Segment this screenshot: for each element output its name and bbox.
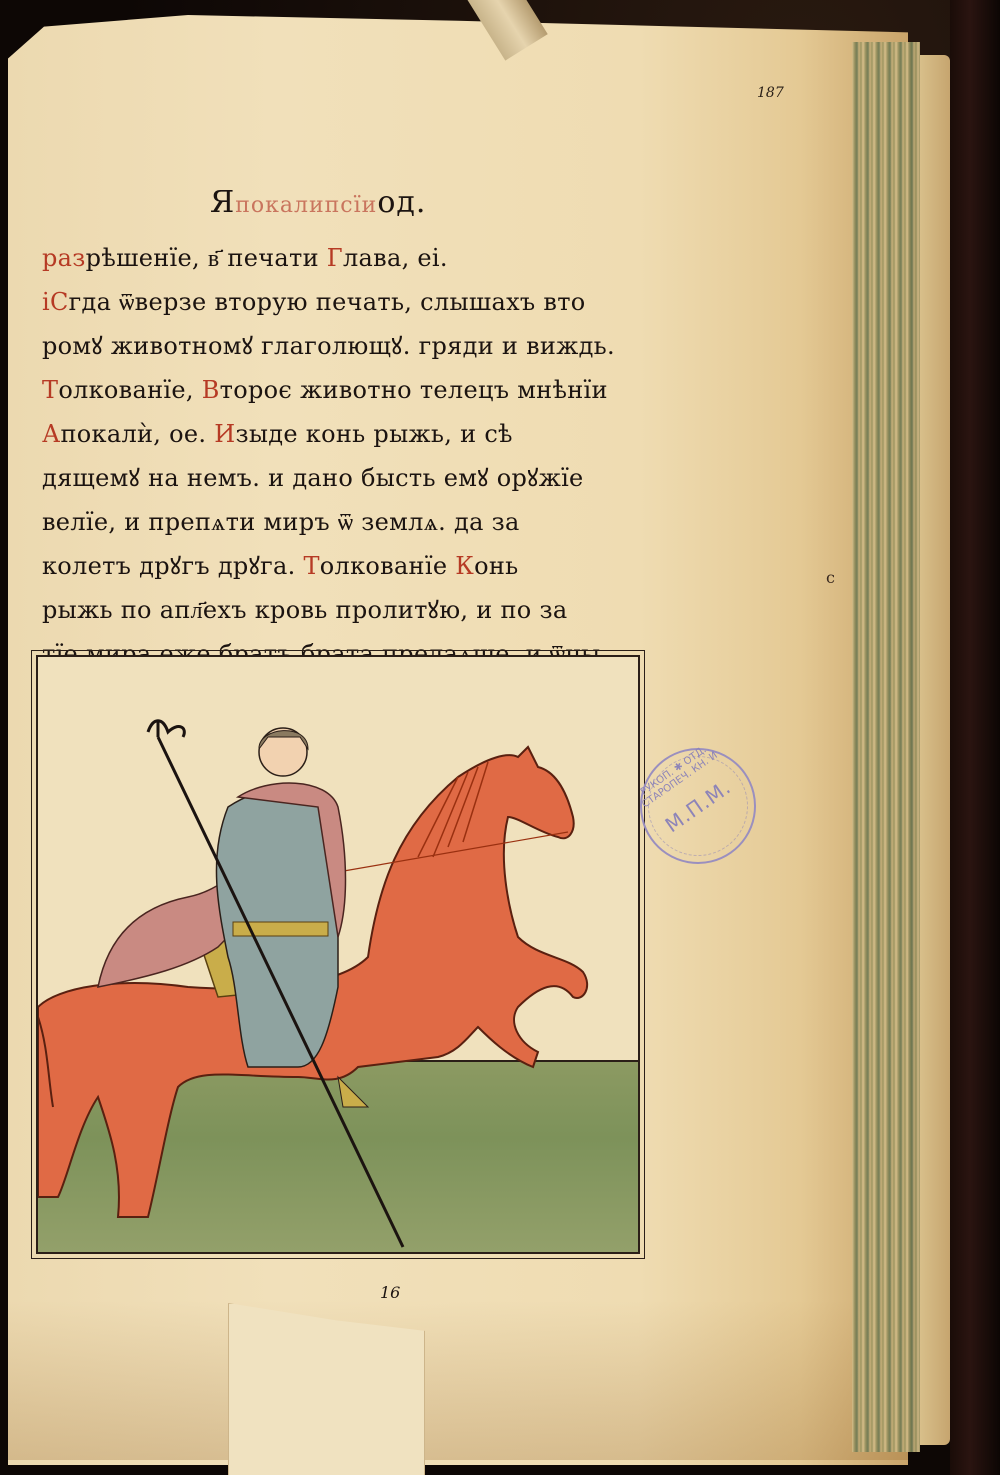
page-edge — [920, 55, 950, 1445]
book-binding — [950, 0, 1000, 1475]
heading-initial: Я — [210, 185, 235, 220]
text-line: разрѣшенїе, в҃ печати Глава, еі. — [42, 236, 602, 280]
rubric-letter: В — [202, 376, 220, 404]
text-line: велїе, и препѧти миръ ѿ землѧ. да за — [42, 500, 602, 544]
rubric-letter: И — [214, 420, 235, 448]
paper-repair-patch — [228, 1303, 425, 1475]
text-segment: олкованїе, — [58, 376, 201, 404]
text-line: ромꙋ животномꙋ глаголющꙋ. гряди и виждь. — [42, 324, 602, 368]
text-segment: олкованїе — [320, 552, 455, 580]
text-line: Апокалѝ, ое. Изыде конь рыжь, и сѣ — [42, 412, 602, 456]
rubric-letter: і — [42, 288, 50, 316]
margin-mark: c — [826, 568, 835, 587]
rubric-letter: Т — [303, 552, 319, 580]
text-segment: онь — [474, 552, 518, 580]
text-segment: ромꙋ животномꙋ глаголющꙋ. гряди и виждь. — [42, 332, 615, 360]
chapter-heading: Япокалипсїиод. — [210, 185, 426, 220]
rubric-letter: Г — [327, 244, 343, 272]
page-stack-edges — [852, 42, 920, 1452]
text-segment: велїе, и препѧти миръ ѿ землѧ. да за — [42, 508, 520, 536]
text-segment: дящемꙋ на немъ. и дано бысть емꙋ орꙋжїе — [42, 464, 584, 492]
text-segment: рыжь по апл҃ехъ кровь пролитꙋю, и по за — [42, 596, 567, 624]
rubric-letter: С — [50, 288, 69, 316]
text-segment: гда ѿверзе вторую печать, слышахъ вто — [69, 288, 586, 316]
heading-rubric: покалипсїи — [235, 193, 377, 218]
text-segment: рѣшенїе, в҃ печати — [86, 244, 327, 272]
text-line: іСгда ѿверзе вторую печать, слышахъ вто — [42, 280, 602, 324]
page-shadow — [8, 1300, 908, 1460]
text-line: Толкованїе, Второє животно телецъ мнѣнїи — [42, 368, 602, 412]
text-segment: тороє животно телецъ мнѣнїи — [220, 376, 608, 404]
text-line: колетъ дрꙋгъ дрꙋга. Толкованїе Конь — [42, 544, 602, 588]
illustration-frame — [36, 655, 640, 1254]
text-segment: колетъ дрꙋгъ дрꙋга. — [42, 552, 303, 580]
text-line: дящемꙋ на немъ. и дано бысть емꙋ орꙋжїе — [42, 456, 602, 500]
rubric-letter: Т — [42, 376, 58, 404]
rubric-letter: раз — [42, 244, 86, 272]
rubric-letter: К — [455, 552, 474, 580]
text-segment: покалѝ, ое. — [60, 420, 214, 448]
text-segment: зыде конь рыжь, и сѣ — [235, 420, 512, 448]
text-segment: лава, еі. — [343, 244, 448, 272]
page-number: 16 — [380, 1283, 400, 1302]
manuscript-text: разрѣшенїе, в҃ печати Глава, еі.іСгда ѿв… — [42, 236, 602, 720]
heading-suffix: од. — [377, 185, 426, 220]
text-line: рыжь по апл҃ехъ кровь пролитꙋю, и по за — [42, 588, 602, 632]
folio-number: 187 — [757, 85, 784, 101]
rider-on-red-horse-illustration — [38, 657, 638, 1252]
rubric-letter: А — [42, 420, 60, 448]
